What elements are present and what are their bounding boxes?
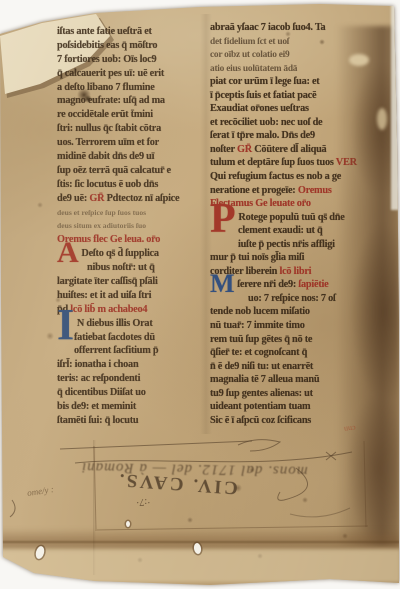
wormhole <box>126 521 130 527</box>
parchment-leaf: iſtas ante fatie ueſtrā etpoſsidebitis e… <box>0 0 400 589</box>
parchment-leaf-wrap: iſtas ante fatie ueſtrā etpoſsidebitis e… <box>0 0 400 589</box>
tally-mark: ·:7· <box>136 496 150 507</box>
bottom-fold-crease <box>0 541 400 543</box>
pen-trials-strokes <box>0 0 400 589</box>
corner-mark: uuɔ <box>344 422 356 432</box>
manuscript-photo: iſtas ante fatie ueſtrā etpoſsidebitis e… <box>0 0 400 589</box>
bottom-fold-flap <box>0 549 400 582</box>
